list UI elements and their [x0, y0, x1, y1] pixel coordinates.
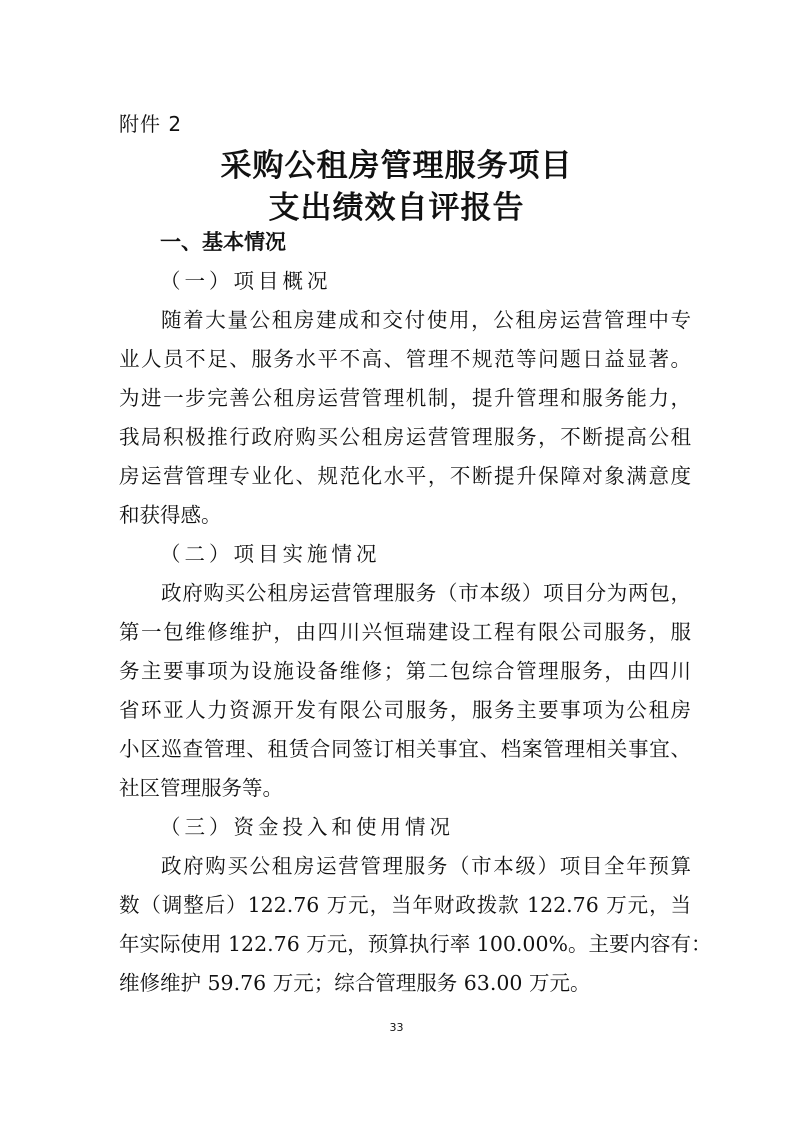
- paragraph-line: 和获得感。: [119, 498, 691, 528]
- paragraph-line: 房运营管理专业化、规范化水平，不断提升保障对象满意度: [119, 459, 691, 489]
- attachment-label: 附件 2: [119, 108, 182, 137]
- paragraph-line: 第一包维修维护，由四川兴恒瑞建设工程有限公司服务，服: [119, 615, 691, 645]
- subheading-project-overview: （一）项目概况: [160, 264, 332, 294]
- paragraph-line: 小区巡查管理、租赁合同签订相关事宜、档案管理相关事宜、: [119, 732, 691, 762]
- paragraph-line: 年实际使用 122.76 万元，预算执行率 100.00%。主要内容有：: [119, 927, 691, 957]
- subheading-project-implementation: （二）项目实施情况: [160, 537, 381, 567]
- paragraph-line: 随着大量公租房建成和交付使用，公租房运营管理中专: [161, 303, 691, 333]
- report-title-line-2: 支出绩效自评报告: [0, 182, 793, 227]
- paragraph-line: 为进一步完善公租房运营管理机制，提升管理和服务能力，: [119, 381, 691, 411]
- section-heading-basic-info: 一、基本情况: [160, 226, 286, 256]
- paragraph-line: 政府购买公租房运营管理服务（市本级）项目全年预算: [161, 849, 691, 879]
- paragraph-line: 政府购买公租房运营管理服务（市本级）项目分为两包，: [161, 576, 691, 606]
- page-number: 33: [0, 1021, 793, 1034]
- paragraph-line: 社区管理服务等。: [119, 771, 691, 801]
- paragraph-line: 我局积极推行政府购买公租房运营管理服务，不断提高公租: [119, 420, 691, 450]
- paragraph-line: 务主要事项为设施设备维修；第二包综合管理服务，由四川: [119, 654, 691, 684]
- paragraph-line: 维修维护 59.76 万元；综合管理服务 63.00 万元。: [119, 966, 691, 996]
- document-page: 附件 2 采购公租房管理服务项目 支出绩效自评报告 一、基本情况 （一）项目概况…: [0, 0, 793, 1122]
- report-title-line-1: 采购公租房管理服务项目: [0, 140, 793, 185]
- paragraph-line: 省环亚人力资源开发有限公司服务，服务主要事项为公租房: [119, 693, 691, 723]
- subheading-funding-usage: （三）资金投入和使用情况: [160, 810, 454, 840]
- paragraph-line: 数（调整后）122.76 万元，当年财政拨款 122.76 万元，当: [119, 888, 691, 918]
- paragraph-line: 业人员不足、服务水平不高、管理不规范等问题日益显著。: [119, 342, 691, 372]
